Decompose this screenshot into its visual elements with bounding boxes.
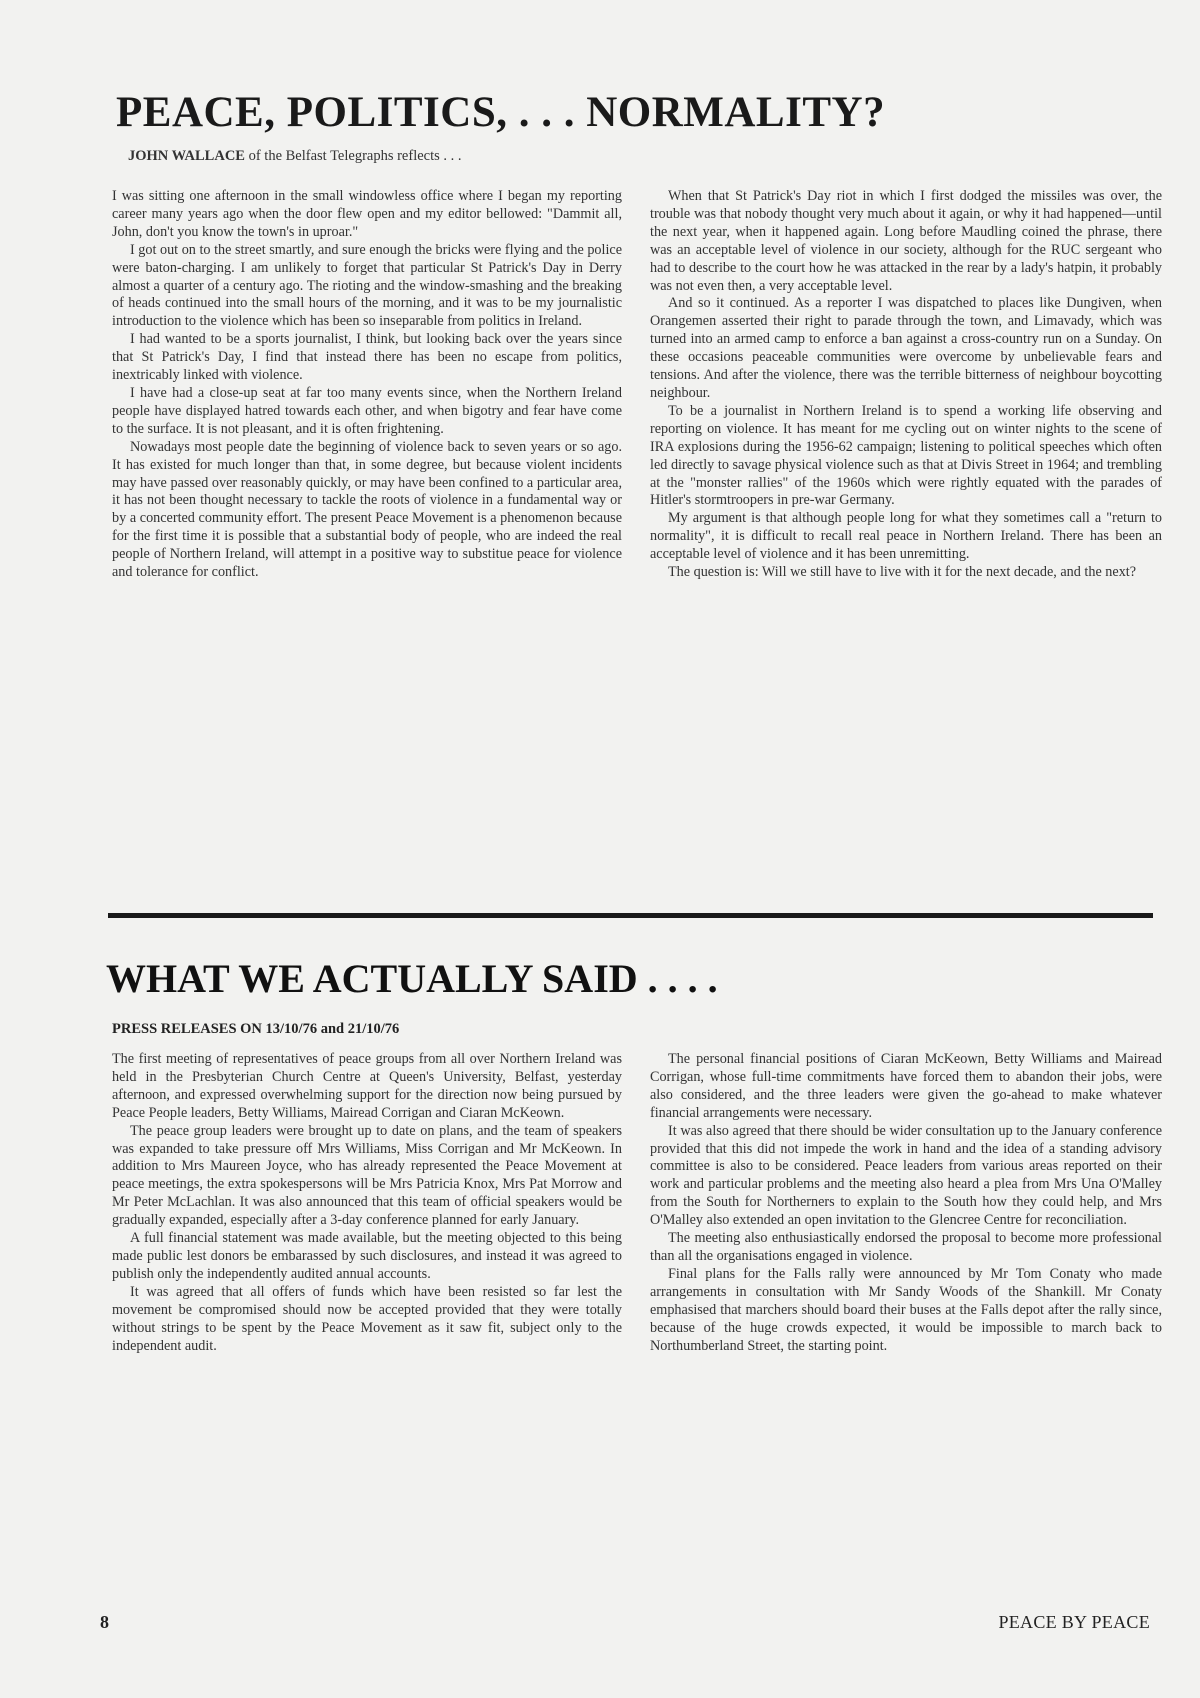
article-byline: JOHN WALLACE of the Belfast Telegraphs r…	[128, 148, 462, 165]
paragraph: To be a journalist in Northern Ireland i…	[650, 403, 1162, 510]
article2-column-right: The personal financial positions of Ciar…	[650, 1051, 1162, 1355]
article1-column-right: When that St Patrick's Day riot in which…	[650, 188, 1162, 582]
byline-text: of the Belfast Telegraphs reflects . . .	[245, 148, 462, 164]
article-title-peace-politics: PEACE, POLITICS, . . . NORMALITY?	[116, 88, 885, 137]
article2-column-left: The first meeting of representatives of …	[112, 1051, 622, 1355]
paragraph: I got out on to the street smartly, and …	[112, 242, 622, 332]
paragraph: I have had a close-up seat at far too ma…	[112, 385, 622, 439]
paragraph: I was sitting one afternoon in the small…	[112, 188, 622, 242]
article1-column-left: I was sitting one afternoon in the small…	[112, 188, 622, 582]
paragraph: The question is: Will we still have to l…	[650, 564, 1162, 582]
paragraph: And so it continued. As a reporter I was…	[650, 295, 1162, 402]
byline-author: JOHN WALLACE	[128, 148, 245, 164]
article-title-what-we-said: WHAT WE ACTUALLY SAID . . . .	[106, 955, 718, 1002]
paragraph: It was also agreed that there should be …	[650, 1123, 1162, 1230]
paragraph: I had wanted to be a sports journalist, …	[112, 331, 622, 385]
paragraph: The personal financial positions of Ciar…	[650, 1051, 1162, 1123]
page-number: 8	[100, 1612, 109, 1633]
paragraph: The meeting also enthusiastically endors…	[650, 1230, 1162, 1266]
magazine-page: PEACE, POLITICS, . . . NORMALITY? JOHN W…	[0, 0, 1200, 1698]
paragraph: The first meeting of representatives of …	[112, 1051, 622, 1123]
article-subtitle: PRESS RELEASES ON 13/10/76 and 21/10/76	[112, 1021, 399, 1038]
section-divider	[108, 913, 1153, 918]
paragraph: It was agreed that all offers of funds w…	[112, 1284, 622, 1356]
paragraph: The peace group leaders were brought up …	[112, 1123, 622, 1230]
paragraph: My argument is that although people long…	[650, 510, 1162, 564]
paragraph: Nowadays most people date the beginning …	[112, 439, 622, 582]
publication-name: PEACE BY PEACE	[998, 1612, 1150, 1633]
paragraph: When that St Patrick's Day riot in which…	[650, 188, 1162, 295]
paragraph: Final plans for the Falls rally were ann…	[650, 1266, 1162, 1356]
paragraph: A full financial statement was made avai…	[112, 1230, 622, 1284]
